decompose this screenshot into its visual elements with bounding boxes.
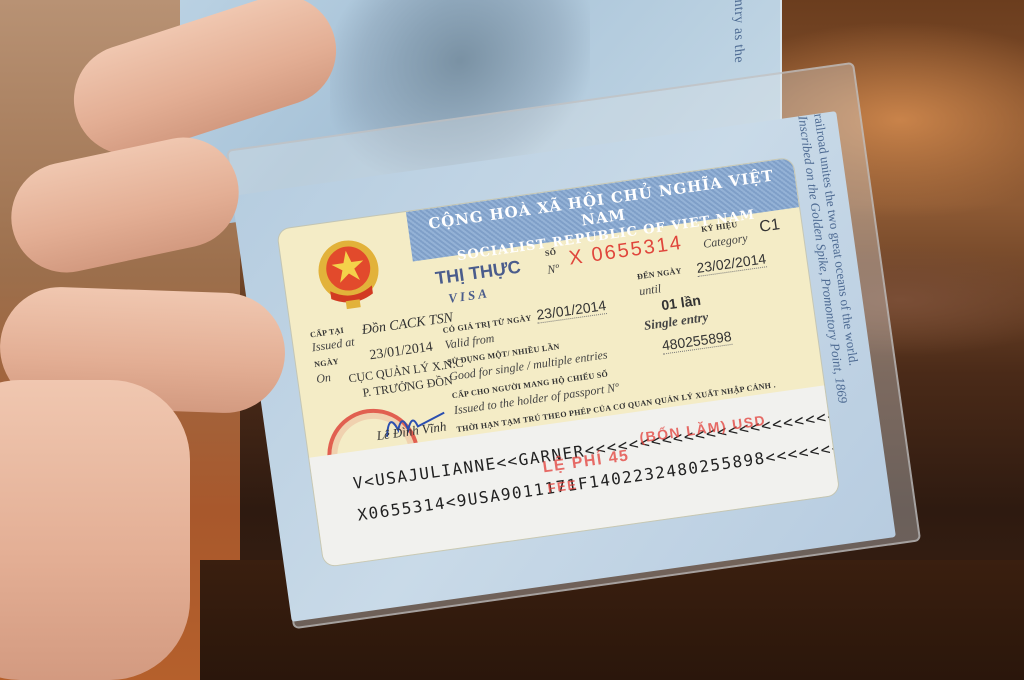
- number-label-en: Nº: [546, 261, 560, 277]
- entries-value-en: Single entry: [643, 309, 709, 334]
- national-emblem-icon: [311, 234, 386, 314]
- valid-from-label-en: Valid from: [444, 331, 496, 353]
- issued-on-label-en: On: [315, 370, 332, 387]
- category-label-en: Category: [702, 231, 748, 252]
- visa-sticker: CỘNG HOÀ XÃ HỘI CHỦ NGHĨA VIỆT NAM SOCIA…: [277, 158, 839, 567]
- visa-title-en: VISA: [447, 285, 490, 307]
- until-label-en: until: [638, 281, 662, 299]
- category-value: C1: [758, 216, 781, 237]
- upper-page-caption: unity of our country as the: [730, 0, 746, 64]
- until-value: 23/02/2014: [695, 250, 767, 277]
- issued-on-label-vn: NGÀY: [314, 357, 340, 369]
- issued-at-value: Đồn CACK TSN: [361, 311, 454, 340]
- passport-number: 480255898: [661, 328, 733, 355]
- valid-from-value: 23/01/2014: [535, 297, 607, 324]
- number-label-vn: SỐ: [544, 247, 556, 257]
- passport-lower-page: railroad unites the two great oceans of …: [232, 111, 896, 622]
- until-label-vn: ĐẾN NGÀY: [637, 266, 683, 281]
- hand-palm: [0, 380, 190, 680]
